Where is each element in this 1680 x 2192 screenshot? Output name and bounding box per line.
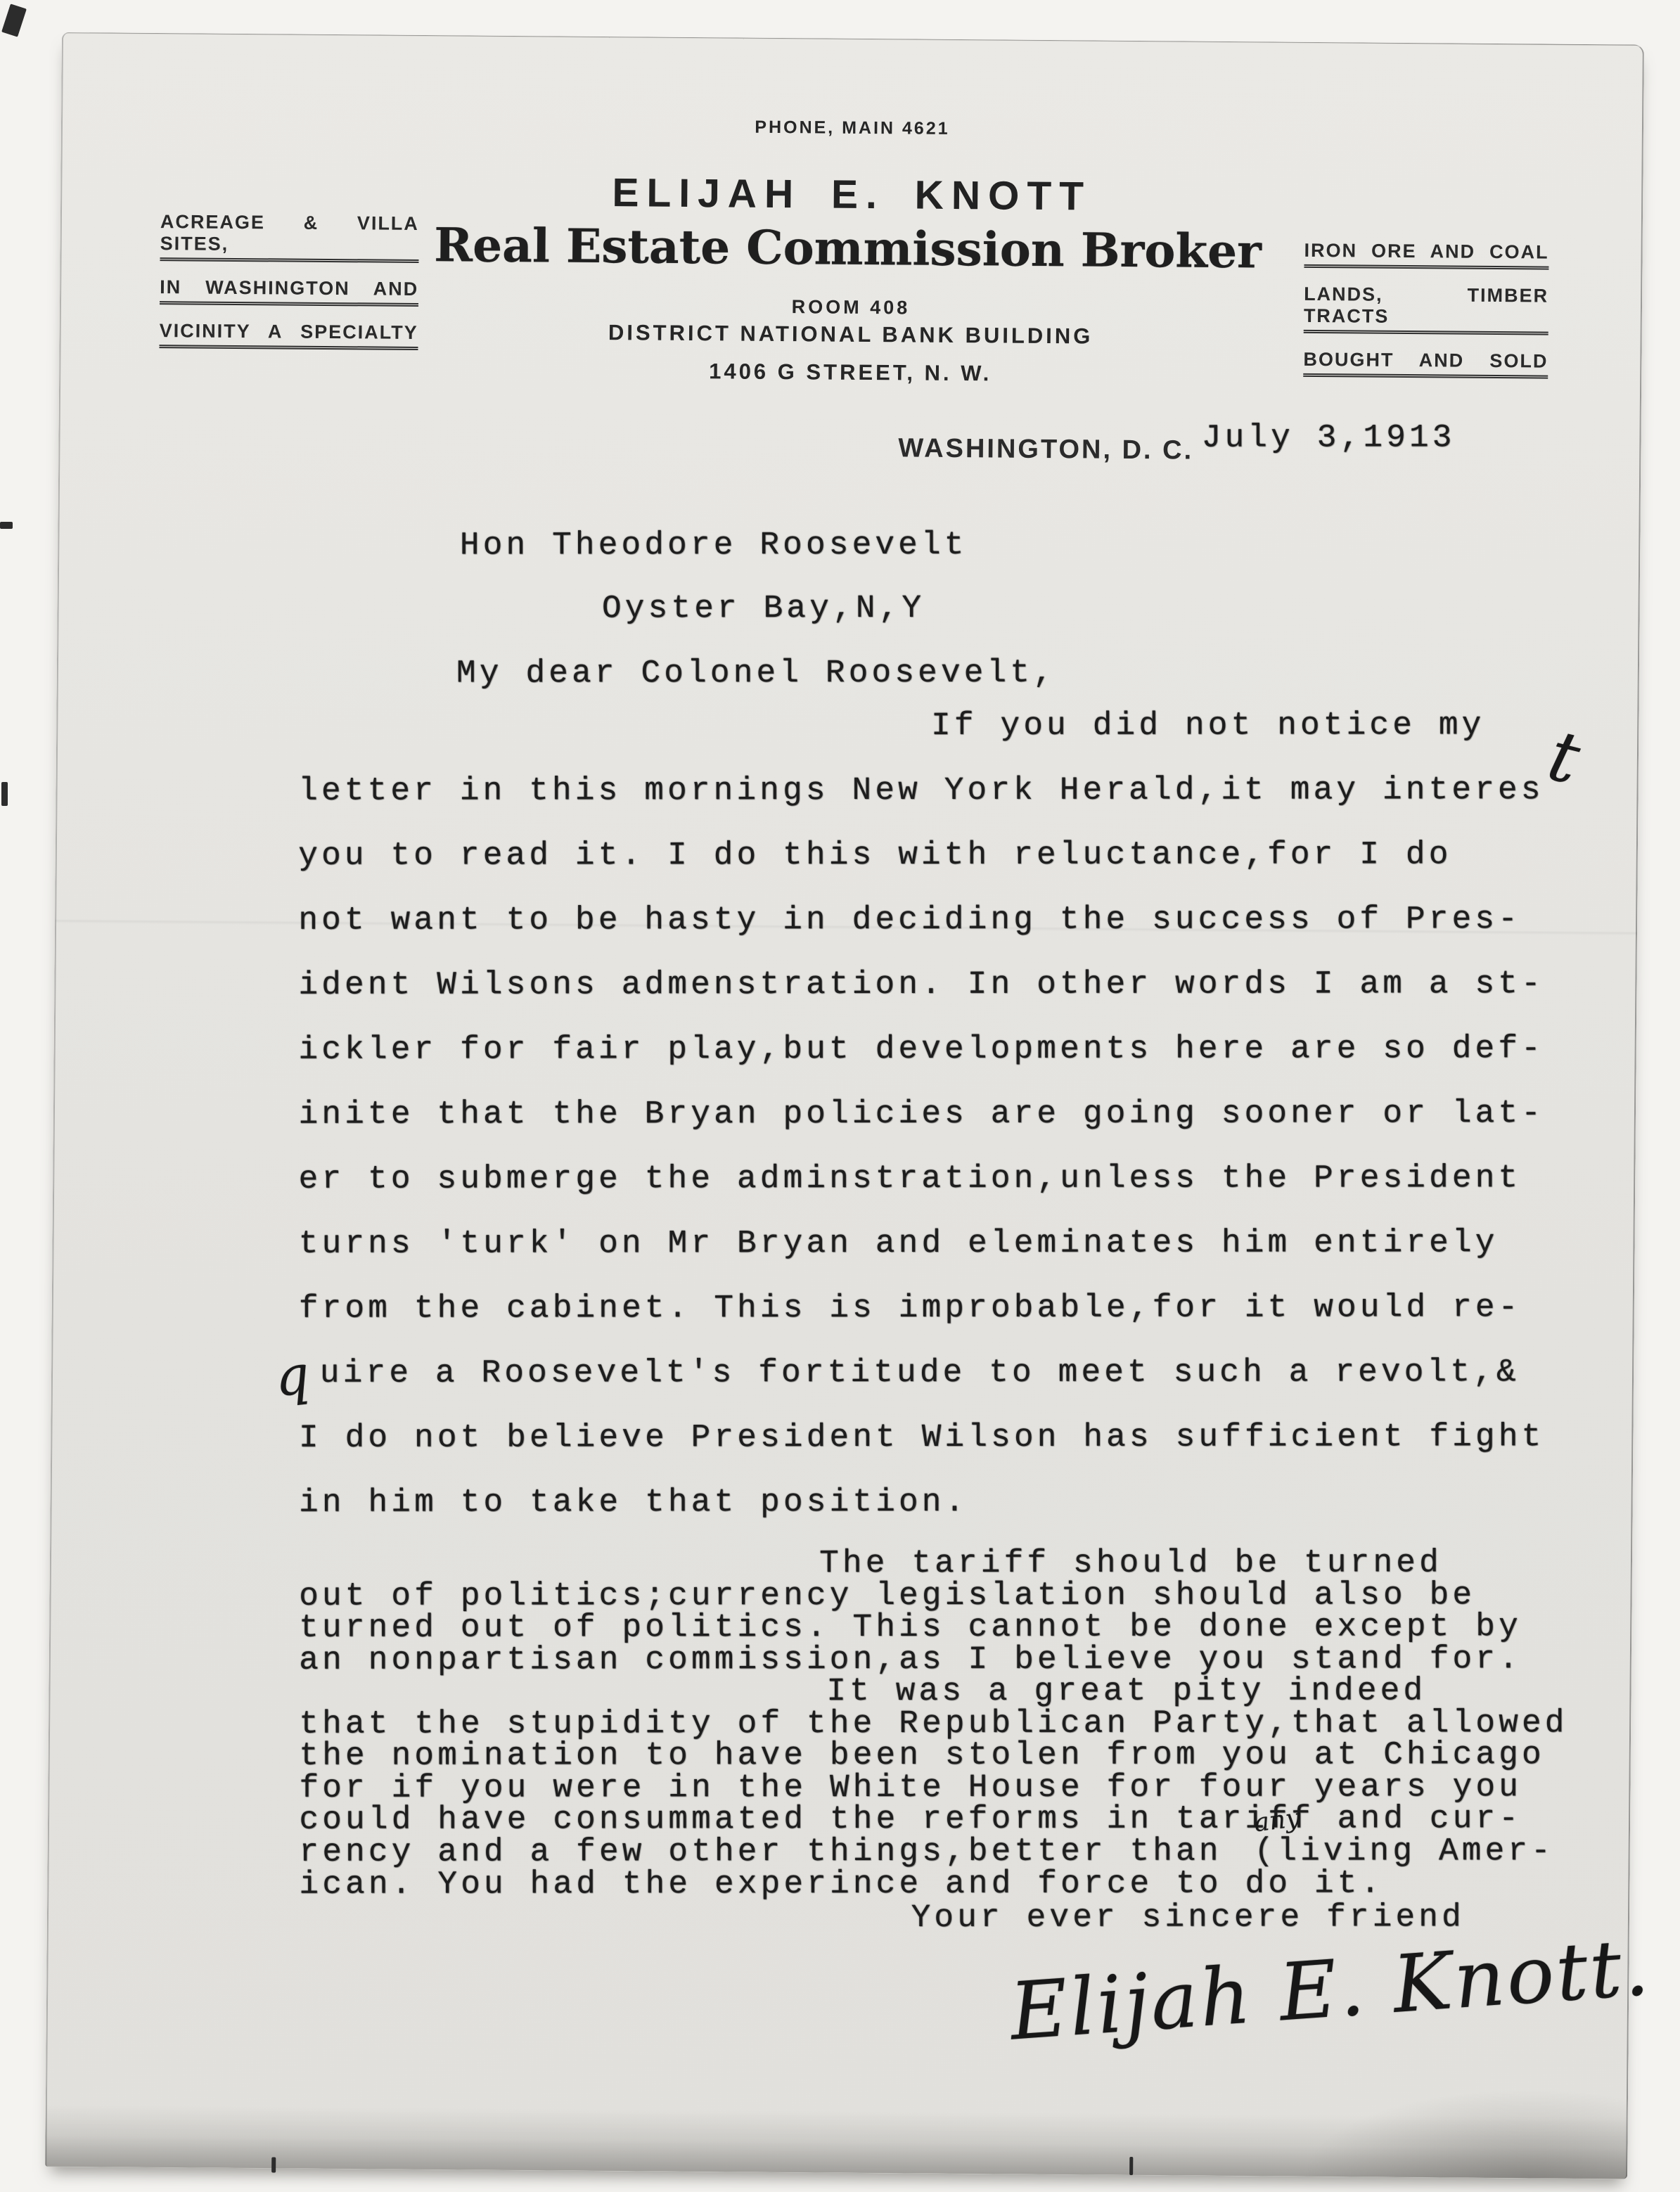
body-line: The tariff should be turned [819,1544,1442,1582]
body-line: rency and a few other things,better than [299,1833,1221,1871]
body-line: ican. You had the experince and force to… [300,1865,1384,1902]
body-line: from the cabinet. This is improbable,for… [299,1289,1522,1327]
typed-layer: July 3,1913 Hon Theodore Roosevelt Oyste… [57,34,1639,2169]
body-line: not want to be hasty in deciding the suc… [298,901,1521,939]
paper-edge-tick [1129,2157,1133,2175]
body-line: you to read it. I do this with reluctanc… [298,836,1451,873]
body-line: inite that the Bryan policies are going … [299,1095,1544,1133]
recipient-name: Hon Theodore Roosevelt [460,527,968,564]
salutation: My dear Colonel Roosevelt, [456,655,1056,692]
body-line: uire a Roosevelt's fortitude to meet suc… [320,1354,1520,1391]
body-line: er to submerge the adminstration,unless … [299,1160,1522,1198]
date-line: July 3,1913 [1202,419,1456,456]
scanned-letter-photo: { "colors":{"background":"#f4f3f0","pape… [0,0,1680,2192]
body-line-continued: (living Amer- [1254,1833,1554,1869]
scan-edge-mark [0,522,13,529]
scan-edge-mark [1,782,8,806]
body-line: letter in this mornings New York Herald,… [298,771,1544,809]
closing-line: Your ever sincere friend [911,1899,1465,1936]
letter-paper: PHONE, MAIN 4621 ELIJAH E. KNOTT Real Es… [45,32,1644,2179]
body-line: ickler for fair play,but developments he… [298,1030,1544,1068]
handwritten-correction-t: t [1541,714,1588,800]
body-line: ident Wilsons admenstration. In other wo… [298,966,1544,1004]
body-line: I do not believe President Wilson has su… [299,1418,1544,1456]
signature: Elijah E. Knott. [1007,1921,1653,2058]
scan-edge-mark [1,4,27,37]
body-line: It was a great pity indeed [826,1672,1426,1710]
body-line: If you did not notice my [931,707,1485,744]
body-line: in him to take that position. [299,1484,968,1521]
recipient-address: Oyster Bay,N,Y [602,590,925,627]
paper-edge-tick [271,2157,276,2172]
body-line: turns 'turk' on Mr Bryan and eleminates … [299,1224,1499,1262]
handwritten-correction-q: q [271,1342,312,1409]
